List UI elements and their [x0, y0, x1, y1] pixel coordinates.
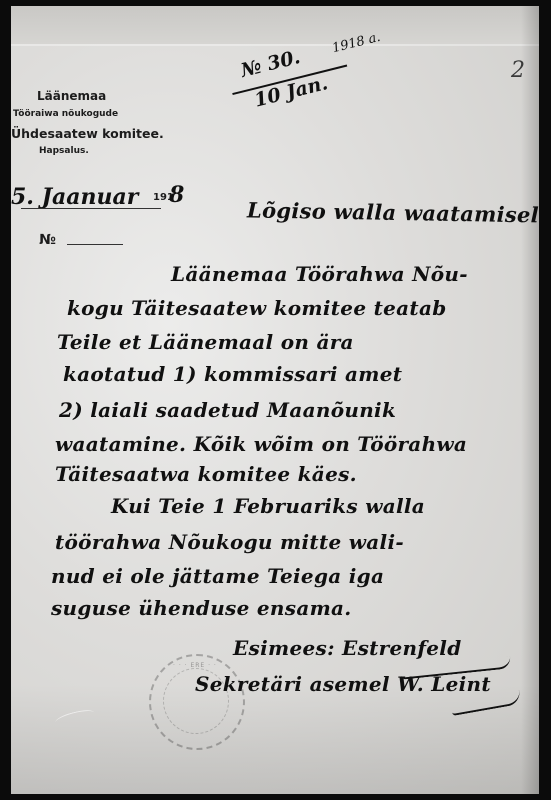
paper-shadow-right — [521, 6, 539, 794]
registration-number: № 30. — [239, 46, 303, 82]
letter-date: 5. Jaanuar — [11, 184, 138, 210]
letter-paper: Läänemaa Tööraiwa nõukogude Ühdesaatew k… — [11, 6, 539, 794]
body-line: kogu Täitesaatew komitee teatab — [67, 296, 447, 320]
number-label: № — [39, 232, 56, 248]
letterhead-committee: Ühdesaatew komitee. — [11, 126, 164, 141]
photo-frame: Läänemaa Tööraiwa nõukogude Ühdesaatew k… — [0, 0, 551, 800]
body-line: nud ei ole jättame Teiega iga — [51, 564, 384, 588]
chairman-label: Esimees: — [233, 636, 335, 660]
date-underline — [21, 208, 161, 209]
paper-top-band — [11, 6, 539, 44]
letterhead-city: Hapsalus. — [39, 146, 89, 156]
addressee: Lõgiso walla waatamisele — [247, 197, 539, 227]
body-line: Täitesaatwa komitee käes. — [55, 462, 357, 486]
body-line: 2) laiali saadetud Maanõunik — [59, 398, 396, 422]
stamp-text: · · · ERE · · — [173, 662, 217, 669]
letterhead-council: Tööraiwa nõukogude — [13, 109, 118, 119]
body-line: waatamine. Kõik wõim on Töörahwa — [55, 432, 467, 456]
body-line: töörahwa Nõukogu mitte wali- — [55, 530, 404, 554]
number-blank-line — [67, 244, 123, 245]
body-line: suguse ühenduse ensama. — [51, 596, 352, 620]
date-year-handwritten: 8 — [169, 182, 184, 208]
body-line: Kui Teie 1 Februariks walla — [111, 494, 425, 518]
body-line: kaotatud 1) kommissari amet — [63, 362, 402, 386]
chairman-signature: Estrenfeld — [342, 636, 461, 660]
body-line: Läänemaa Töörahwa Nõu- — [171, 262, 468, 286]
paper-fold — [11, 44, 539, 46]
body-line: Teile et Läänemaal on ära — [57, 330, 354, 354]
paper-shadow-bottom — [11, 684, 539, 794]
letterhead-region: Läänemaa — [37, 89, 106, 103]
chairman-signature-line: Esimees: Estrenfeld — [233, 636, 462, 660]
